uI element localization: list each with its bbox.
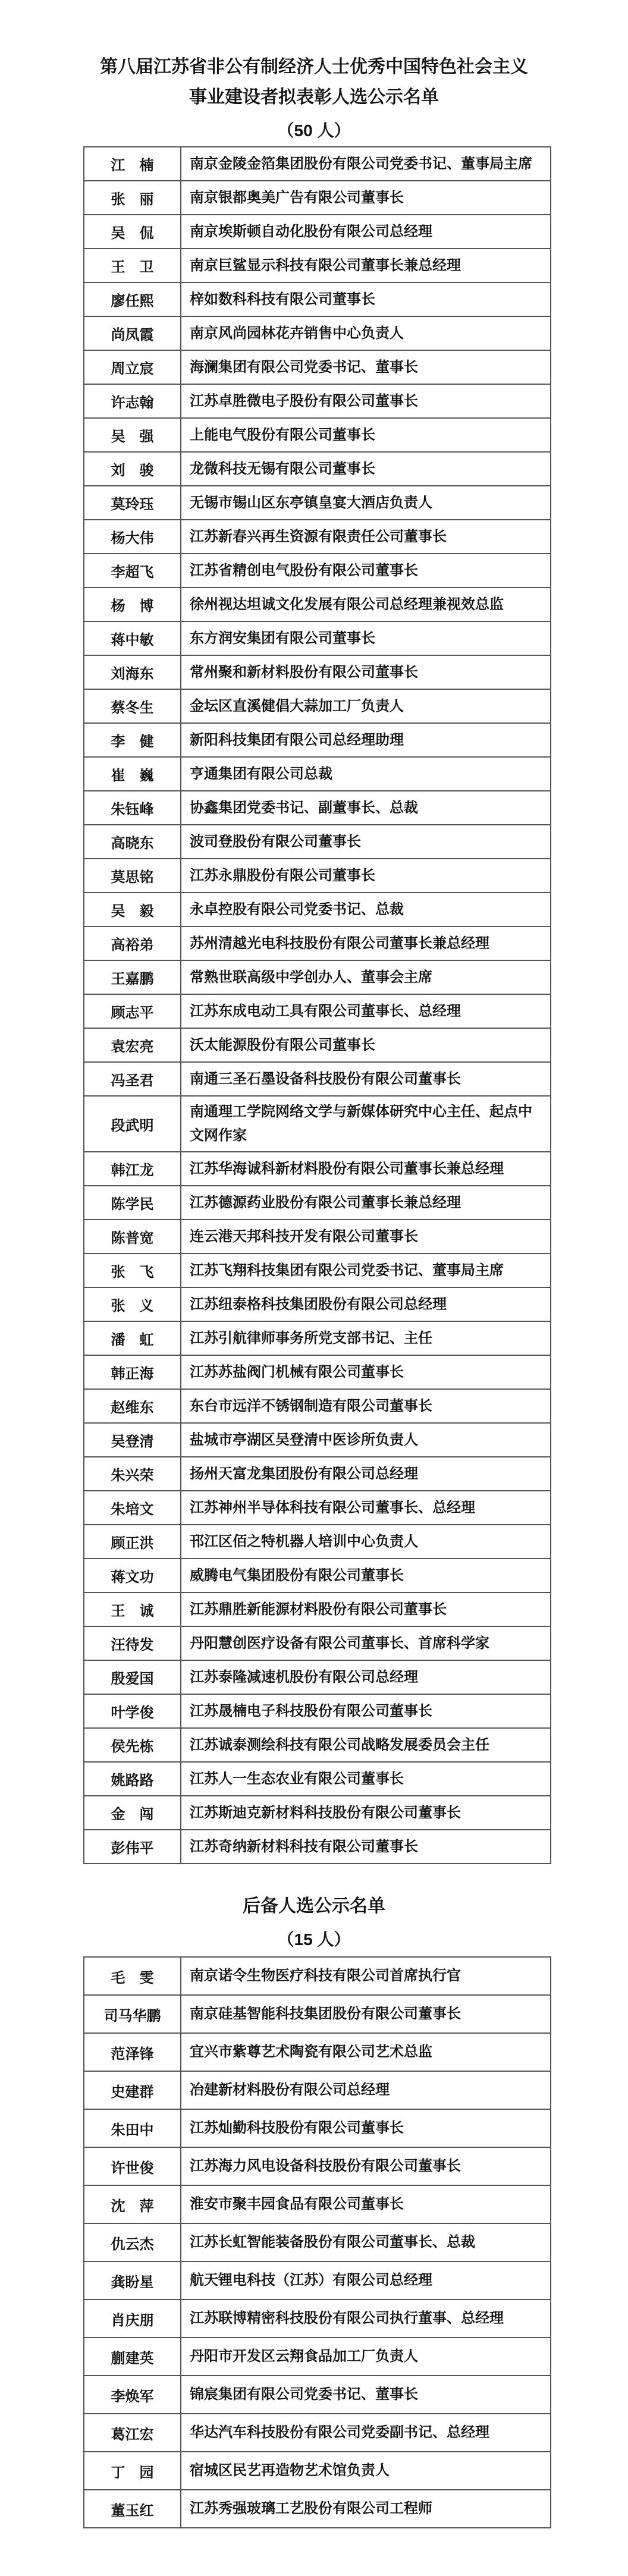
main-candidates-table: 江 楠 南京金陵金箔集团股份有限公司党委书记、董事局主席 张 丽 南京银都奥美广…	[83, 146, 551, 1864]
candidate-position: 南京风尚园林花卉销售中心负责人	[181, 317, 550, 350]
table-row: 朱钰峰 协鑫集团党委书记、副董事长、总裁	[84, 791, 550, 825]
candidate-name: 殷爱国	[84, 1661, 181, 1694]
candidate-position: 苏州清越光电科技股份有限公司董事长兼总经理	[181, 927, 550, 960]
candidate-name: 吴登清	[84, 1424, 181, 1456]
candidate-position: 新阳科技集团有限公司总经理助理	[181, 724, 550, 756]
candidate-position: 南通理工学院网络文学与新媒体研究中心主任、起点中文网作家	[181, 1097, 550, 1151]
candidate-name: 陈普宽	[84, 1220, 181, 1253]
candidate-name: 蒋文功	[84, 1559, 181, 1592]
table-row: 金 闯 江苏斯迪克新材料科技股份有限公司董事长	[84, 1796, 550, 1830]
candidate-position: 东台市远洋不锈钢制造有限公司董事长	[181, 1390, 550, 1422]
candidate-name: 金 闯	[84, 1796, 181, 1829]
candidate-position: 江苏神州半导体科技有限公司董事长、总经理	[181, 1491, 550, 1524]
candidate-name: 彭伟平	[84, 1830, 181, 1863]
table-row: 蒋中敏 东方润安集团有限公司董事长	[84, 622, 550, 656]
table-row: 顾正洪 邗江区佰之特机器人培训中心负责人	[84, 1525, 550, 1559]
candidate-name: 顾志平	[84, 995, 181, 1028]
candidate-position: 波司登股份有限公司董事长	[181, 825, 550, 858]
table-row: 陈学民 江苏德源药业股份有限公司董事长兼总经理	[84, 1186, 550, 1220]
candidate-name: 司马华鹏	[84, 1996, 181, 2032]
candidate-position: 江苏飞翔科技集团有限公司党委书记、董事局主席	[181, 1254, 550, 1287]
candidate-name: 朱培文	[84, 1491, 181, 1524]
candidate-position: 江苏纽泰格科技集团股份有限公司总经理	[181, 1288, 550, 1321]
candidate-position: 宿城区民艺再造物艺术馆负责人	[181, 2452, 550, 2489]
table-row: 廖任熙 梓如数科科技有限公司董事长	[84, 283, 550, 317]
candidate-position: 无锡市锡山区东亭镇皇宴大酒店负责人	[181, 486, 550, 519]
candidate-name: 王 卫	[84, 249, 181, 282]
table-row: 沈 萍 淮安市聚丰园食品有限公司董事长	[84, 2186, 550, 2224]
table-row: 彭伟平 江苏奇纳新材料科技有限公司董事长	[84, 1830, 550, 1864]
table-row: 张 义 江苏纽泰格科技集团股份有限公司总经理	[84, 1288, 550, 1322]
table-row: 蒋文功 威腾电气集团股份有限公司董事长	[84, 1559, 550, 1593]
table-row: 韩江龙 江苏华海诚科新材料股份有限公司董事长兼总经理	[84, 1152, 550, 1186]
candidate-name: 张 丽	[84, 181, 181, 214]
candidate-name: 尚凤霞	[84, 317, 181, 350]
candidate-position: 威腾电气集团股份有限公司董事长	[181, 1559, 550, 1592]
table-row: 李焕军 锦宸集团有限公司党委书记、董事长	[84, 2376, 550, 2414]
table-row: 汪待发 丹阳慧创医疗设备有限公司董事长、首席科学家	[84, 1627, 550, 1661]
candidate-name: 刘海东	[84, 656, 181, 689]
table-row: 吴 毅 永卓控股有限公司党委书记、总裁	[84, 893, 550, 927]
table-row: 韩正海 江苏苏盐阀门机械有限公司董事长	[84, 1356, 550, 1390]
candidate-name: 许志翰	[84, 385, 181, 417]
candidate-name: 陈学民	[84, 1186, 181, 1219]
candidate-position: 亨通集团有限公司总裁	[181, 758, 550, 790]
table-row: 侯先栋 江苏诚泰测绘科技有限公司战略发展委员会主任	[84, 1729, 550, 1763]
table-row: 董玉红 江苏秀强玻璃工艺股份有限公司工程师	[84, 2490, 550, 2528]
table-row: 许志翰 江苏卓胜微电子股份有限公司董事长	[84, 385, 550, 419]
candidate-position: 航天锂电科技（江苏）有限公司总经理	[181, 2262, 550, 2299]
candidate-position: 江苏德源药业股份有限公司董事长兼总经理	[181, 1186, 550, 1219]
candidate-position: 江苏长虹智能装备股份有限公司董事长、总裁	[181, 2224, 550, 2261]
candidate-position: 常熟世联高级中学创办人、董事会主席	[181, 961, 550, 994]
candidate-position: 江苏晟楠电子科技股份有限公司董事长	[181, 1695, 550, 1727]
candidate-name: 杨 博	[84, 588, 181, 621]
table-row: 蔡冬生 金坛区直溪健倡大蒜加工厂负责人	[84, 690, 550, 724]
candidate-name: 吴 强	[84, 419, 181, 451]
candidate-position: 徐州视达坦诚文化发展有限公司总经理兼视效总监	[181, 588, 550, 621]
table-row: 史建群 冶建新材料股份有限公司总经理	[84, 2072, 550, 2110]
table-row: 段武明 南通理工学院网络文学与新媒体研究中心主任、起点中文网作家	[84, 1097, 550, 1152]
candidate-name: 潘 虹	[84, 1322, 181, 1355]
candidate-position: 丹阳慧创医疗设备有限公司董事长、首席科学家	[181, 1627, 550, 1660]
candidate-name: 蒯建英	[84, 2338, 181, 2375]
candidate-position: 淮安市聚丰园食品有限公司董事长	[181, 2186, 550, 2223]
table-row: 高裕弟 苏州清越光电科技股份有限公司董事长兼总经理	[84, 927, 550, 961]
public-notice-document: 第八届江苏省非公有制经济人士优秀中国特色社会主义 事业建设者拟表彰人选公示名单 …	[0, 0, 628, 2528]
table-row: 姚路路 江苏人一生态农业有限公司董事长	[84, 1763, 550, 1796]
candidate-position: 江苏省精创电气股份有限公司董事长	[181, 554, 550, 587]
candidate-name: 莫思铭	[84, 859, 181, 892]
candidate-position: 常州聚和新材料股份有限公司董事长	[181, 656, 550, 689]
candidate-name: 江 楠	[84, 147, 181, 180]
table-row: 朱田中 江苏灿勤科技股份有限公司董事长	[84, 2110, 550, 2148]
candidate-position: 丹阳市开发区云翔食品加工厂负责人	[181, 2338, 550, 2375]
candidate-name: 周立宸	[84, 351, 181, 384]
candidate-position: 华达汽车科技股份有限公司党委副书记、总经理	[181, 2414, 550, 2451]
candidate-name: 段武明	[84, 1097, 181, 1151]
candidate-position: 江苏永鼎股份有限公司董事长	[181, 859, 550, 892]
main-list-count: （50 人）	[0, 106, 628, 139]
candidate-name: 李超飞	[84, 554, 181, 587]
table-row: 朱兴荣 扬州天富龙集团股份有限公司总经理	[84, 1457, 550, 1491]
candidate-name: 朱田中	[84, 2110, 181, 2147]
table-row: 吴 侃 南京埃斯顿自动化股份有限公司总经理	[84, 215, 550, 249]
table-row: 范泽锋 宜兴市紫尊艺术陶瓷有限公司艺术总监	[84, 2034, 550, 2072]
candidate-position: 上能电气股份有限公司董事长	[181, 419, 550, 451]
candidate-name: 葛江宏	[84, 2414, 181, 2451]
candidate-name: 沈 萍	[84, 2186, 181, 2223]
candidate-name: 吴 毅	[84, 893, 181, 926]
candidate-position: 江苏诚泰测绘科技有限公司战略发展委员会主任	[181, 1729, 550, 1761]
candidate-position: 南京硅基智能科技集团股份有限公司董事长	[181, 1996, 550, 2032]
candidate-name: 史建群	[84, 2072, 181, 2109]
candidate-name: 肖庆朋	[84, 2300, 181, 2337]
candidate-position: 永卓控股有限公司党委书记、总裁	[181, 893, 550, 926]
candidate-position: 海澜集团有限公司党委书记、董事长	[181, 351, 550, 384]
table-row: 莫思铭 江苏永鼎股份有限公司董事长	[84, 859, 550, 893]
table-row: 江 楠 南京金陵金箔集团股份有限公司党委书记、董事局主席	[84, 147, 550, 181]
candidate-name: 韩江龙	[84, 1152, 181, 1185]
candidate-name: 姚路路	[84, 1763, 181, 1795]
candidate-position: 金坛区直溪健倡大蒜加工厂负责人	[181, 690, 550, 722]
candidate-name: 许世俊	[84, 2148, 181, 2185]
candidate-name: 丁 园	[84, 2452, 181, 2489]
table-row: 吴 强 上能电气股份有限公司董事长	[84, 419, 550, 453]
table-row: 杨大伟 江苏新春兴再生资源有限责任公司董事长	[84, 520, 550, 554]
candidate-position: 南京银都奥美广告有限公司董事长	[181, 181, 550, 214]
candidate-name: 蒋中敏	[84, 622, 181, 655]
candidate-name: 袁宏亮	[84, 1029, 181, 1061]
candidate-position: 江苏海力风电设备科技股份有限公司董事长	[181, 2148, 550, 2185]
candidate-name: 冯圣君	[84, 1063, 181, 1095]
table-row: 司马华鹏 南京硅基智能科技集团股份有限公司董事长	[84, 1996, 550, 2034]
candidate-name: 张 飞	[84, 1254, 181, 1287]
document-title-line1: 第八届江苏省非公有制经济人士优秀中国特色社会主义	[0, 0, 628, 76]
table-row: 刘 骏 龙微科技无锡有限公司董事长	[84, 453, 550, 486]
table-row: 崔 巍 亨通集团有限公司总裁	[84, 758, 550, 791]
table-row: 王嘉鹏 常熟世联高级中学创办人、董事会主席	[84, 961, 550, 995]
candidate-position: 连云港天邦科技开发有限公司董事长	[181, 1220, 550, 1253]
candidate-position: 南通三圣石墨设备科技股份有限公司董事长	[181, 1063, 550, 1095]
table-row: 王 卫 南京巨鲨显示科技有限公司董事长兼总经理	[84, 249, 550, 283]
table-row: 杨 博 徐州视达坦诚文化发展有限公司总经理兼视效总监	[84, 588, 550, 622]
table-row: 丁 园 宿城区民艺再造物艺术馆负责人	[84, 2452, 550, 2490]
table-row: 冯圣君 南通三圣石墨设备科技股份有限公司董事长	[84, 1063, 550, 1097]
candidate-position: 江苏鼎胜新能源材料股份有限公司董事长	[181, 1593, 550, 1626]
candidate-name: 顾正洪	[84, 1525, 181, 1558]
candidate-position: 江苏灿勤科技股份有限公司董事长	[181, 2110, 550, 2147]
table-row: 王 诚 江苏鼎胜新能源材料股份有限公司董事长	[84, 1593, 550, 1627]
candidate-position: 锦宸集团有限公司党委书记、董事长	[181, 2376, 550, 2413]
candidate-name: 廖任熙	[84, 283, 181, 316]
table-row: 赵维东 东台市远洋不锈钢制造有限公司董事长	[84, 1390, 550, 1424]
candidate-position: 江苏奇纳新材料科技有限公司董事长	[181, 1830, 550, 1863]
table-row: 毛 雯 南京诺令生物医疗科技有限公司首席执行官	[84, 1958, 550, 1996]
candidate-name: 龚盼星	[84, 2262, 181, 2299]
candidate-position: 协鑫集团党委书记、副董事长、总裁	[181, 791, 550, 824]
table-row: 龚盼星 航天锂电科技（江苏）有限公司总经理	[84, 2262, 550, 2300]
table-row: 周立宸 海澜集团有限公司党委书记、董事长	[84, 351, 550, 385]
table-row: 莫玲珏 无锡市锡山区东亭镇皇宴大酒店负责人	[84, 486, 550, 520]
candidate-name: 范泽锋	[84, 2034, 181, 2071]
table-row: 殷爱国 江苏泰隆减速机股份有限公司总经理	[84, 1661, 550, 1695]
candidate-name: 吴 侃	[84, 215, 181, 248]
candidate-position: 江苏斯迪克新材料科技股份有限公司董事长	[181, 1796, 550, 1829]
candidate-name: 王嘉鹏	[84, 961, 181, 994]
candidate-name: 董玉红	[84, 2490, 181, 2527]
candidate-position: 南京诺令生物医疗科技有限公司首席执行官	[181, 1958, 550, 1994]
candidate-position: 龙微科技无锡有限公司董事长	[181, 453, 550, 485]
candidate-position: 沃太能源股份有限公司董事长	[181, 1029, 550, 1061]
table-row: 高晓东 波司登股份有限公司董事长	[84, 825, 550, 859]
candidate-position: 江苏苏盐阀门机械有限公司董事长	[181, 1356, 550, 1388]
table-row: 张 丽 南京银都奥美广告有限公司董事长	[84, 181, 550, 215]
candidate-position: 南京埃斯顿自动化股份有限公司总经理	[181, 215, 550, 248]
candidate-position: 江苏泰隆减速机股份有限公司总经理	[181, 1661, 550, 1694]
table-row: 刘海东 常州聚和新材料股份有限公司董事长	[84, 656, 550, 690]
backup-list-count: （15 人）	[0, 1915, 628, 1948]
candidate-name: 刘 骏	[84, 453, 181, 485]
candidate-position: 江苏卓胜微电子股份有限公司董事长	[181, 385, 550, 417]
table-row: 仇云杰 江苏长虹智能装备股份有限公司董事长、总裁	[84, 2224, 550, 2262]
candidate-position: 江苏东成电动工具有限公司董事长、总经理	[181, 995, 550, 1028]
candidate-name: 王 诚	[84, 1593, 181, 1626]
backup-list-title: 后备人选公示名单	[0, 1864, 628, 1915]
candidate-name: 仇云杰	[84, 2224, 181, 2261]
candidate-name: 朱钰峰	[84, 791, 181, 824]
candidate-position: 南京巨鲨显示科技有限公司董事长兼总经理	[181, 249, 550, 282]
candidate-position: 江苏联博精密科技股份有限公司执行董事、总经理	[181, 2300, 550, 2337]
table-row: 李超飞 江苏省精创电气股份有限公司董事长	[84, 554, 550, 588]
document-title-line2: 事业建设者拟表彰人选公示名单	[0, 76, 628, 106]
table-row: 潘 虹 江苏引航律师事务所党支部书记、主任	[84, 1322, 550, 1356]
candidate-position: 宜兴市紫尊艺术陶瓷有限公司艺术总监	[181, 2034, 550, 2071]
backup-candidates-table: 毛 雯 南京诺令生物医疗科技有限公司首席执行官 司马华鹏 南京硅基智能科技集团股…	[83, 1956, 551, 2528]
candidate-name: 高晓东	[84, 825, 181, 858]
candidate-name: 朱兴荣	[84, 1457, 181, 1490]
candidate-position: 江苏引航律师事务所党支部书记、主任	[181, 1322, 550, 1355]
table-row: 葛江宏 华达汽车科技股份有限公司党委副书记、总经理	[84, 2414, 550, 2452]
candidate-position: 南京金陵金箔集团股份有限公司党委书记、董事局主席	[181, 147, 550, 180]
candidate-position: 江苏华海诚科新材料股份有限公司董事长兼总经理	[181, 1152, 550, 1185]
candidate-name: 李 健	[84, 724, 181, 756]
candidate-name: 汪待发	[84, 1627, 181, 1660]
candidate-name: 高裕弟	[84, 927, 181, 960]
candidate-position: 江苏新春兴再生资源有限责任公司董事长	[181, 520, 550, 553]
candidate-position: 江苏人一生态农业有限公司董事长	[181, 1763, 550, 1795]
table-row: 顾志平 江苏东成电动工具有限公司董事长、总经理	[84, 995, 550, 1029]
table-row: 叶学俊 江苏晟楠电子科技股份有限公司董事长	[84, 1695, 550, 1729]
candidate-position: 梓如数科科技有限公司董事长	[181, 283, 550, 316]
table-row: 蒯建英 丹阳市开发区云翔食品加工厂负责人	[84, 2338, 550, 2376]
candidate-position: 东方润安集团有限公司董事长	[181, 622, 550, 655]
table-row: 朱培文 江苏神州半导体科技有限公司董事长、总经理	[84, 1491, 550, 1525]
candidate-name: 叶学俊	[84, 1695, 181, 1727]
candidate-name: 崔 巍	[84, 758, 181, 790]
candidate-name: 莫玲珏	[84, 486, 181, 519]
table-row: 张 飞 江苏飞翔科技集团有限公司党委书记、董事局主席	[84, 1254, 550, 1288]
table-row: 袁宏亮 沃太能源股份有限公司董事长	[84, 1029, 550, 1063]
candidate-name: 张 义	[84, 1288, 181, 1321]
candidate-position: 扬州天富龙集团股份有限公司总经理	[181, 1457, 550, 1490]
candidate-name: 蔡冬生	[84, 690, 181, 722]
table-row: 李 健 新阳科技集团有限公司总经理助理	[84, 724, 550, 758]
candidate-position: 冶建新材料股份有限公司总经理	[181, 2072, 550, 2109]
candidate-name: 赵维东	[84, 1390, 181, 1422]
table-row: 许世俊 江苏海力风电设备科技股份有限公司董事长	[84, 2148, 550, 2186]
table-row: 吴登清 盐城市亭湖区吴登清中医诊所负责人	[84, 1424, 550, 1457]
candidate-name: 韩正海	[84, 1356, 181, 1388]
table-row: 肖庆朋 江苏联博精密科技股份有限公司执行董事、总经理	[84, 2300, 550, 2338]
candidate-name: 李焕军	[84, 2376, 181, 2413]
table-row: 尚凤霞 南京风尚园林花卉销售中心负责人	[84, 317, 550, 351]
candidate-position: 邗江区佰之特机器人培训中心负责人	[181, 1525, 550, 1558]
candidate-position: 盐城市亭湖区吴登清中医诊所负责人	[181, 1424, 550, 1456]
table-row: 陈普宽 连云港天邦科技开发有限公司董事长	[84, 1220, 550, 1254]
candidate-name: 杨大伟	[84, 520, 181, 553]
candidate-name: 侯先栋	[84, 1729, 181, 1761]
candidate-name: 毛 雯	[84, 1958, 181, 1994]
candidate-position: 江苏秀强玻璃工艺股份有限公司工程师	[181, 2490, 550, 2527]
